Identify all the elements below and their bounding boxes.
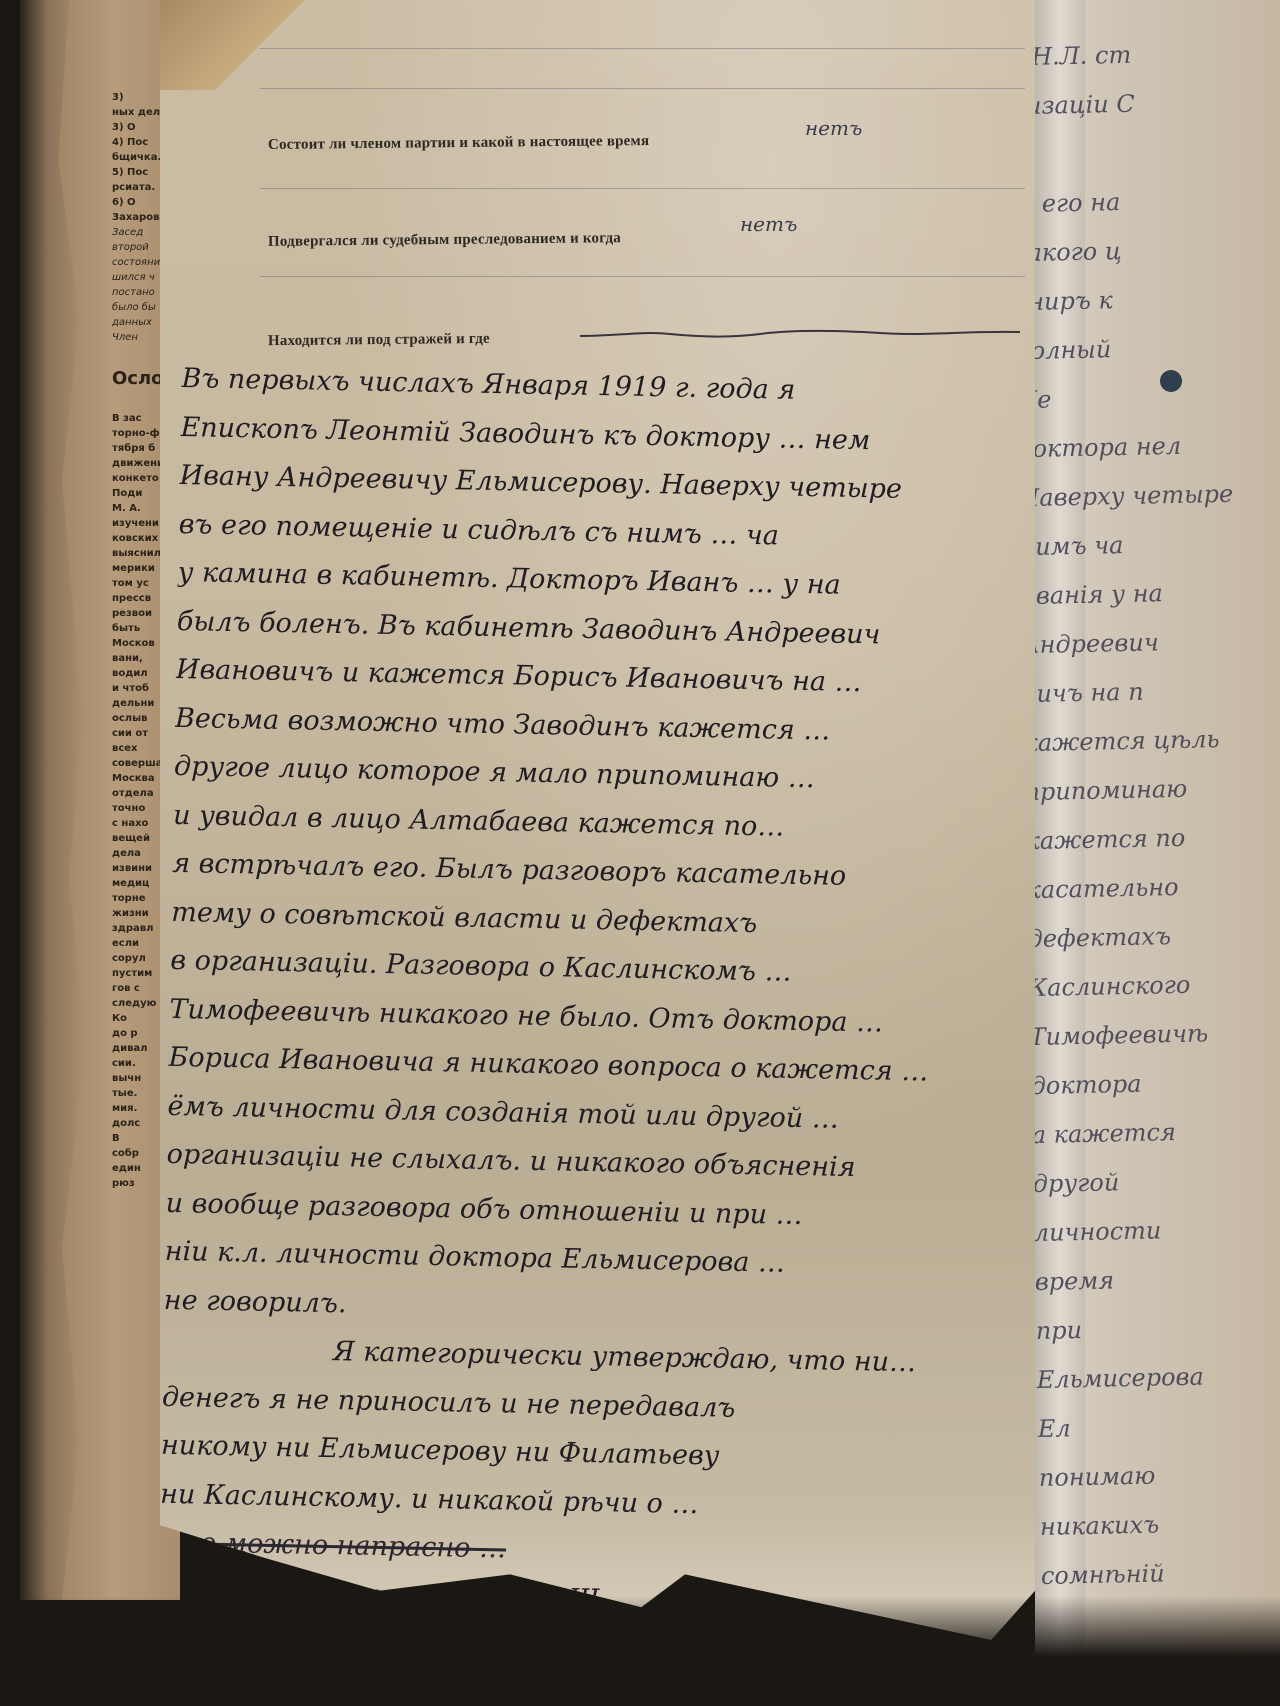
facing-line: иванія у на [1035, 566, 1280, 621]
facing-line: вниръ к [1035, 272, 1280, 327]
torn-edge [20, 0, 90, 1600]
facing-line: кажется цѣль [1035, 713, 1280, 768]
facing-line: понимаю [1038, 1448, 1280, 1503]
facing-line: Ел [1037, 1399, 1280, 1454]
form-answer-party-membership: нетъ [805, 116, 862, 140]
facing-line: доктора нел [1035, 419, 1280, 474]
newspaper-backing: 3)ных дел3) О4) Посбщичка.5) Посрсиата.6… [20, 0, 180, 1600]
interrogation-form-sheet: Состоит ли членом партии и какой в насто… [160, 0, 1035, 1640]
facing-line: низаціи С [1035, 76, 1280, 131]
facing-line: Наверху четыре [1035, 468, 1280, 523]
facing-line [1035, 125, 1280, 180]
facing-line: какого ц [1035, 223, 1280, 278]
facing-line: при [1035, 1301, 1280, 1356]
facing-line: дефектахъ [1035, 909, 1280, 964]
facing-line: к, его на [1035, 174, 1280, 229]
form-label-custody: Находится ли под стражей и где [268, 331, 490, 350]
handwritten-testimony: Въ первыхъ числахъ Января 1919 г. года я… [158, 355, 1042, 1632]
ink-blot [1160, 370, 1182, 392]
facing-line: Ельмисерова [1036, 1350, 1280, 1405]
ruled-line [260, 276, 1025, 277]
folded-corner [160, 0, 310, 90]
facing-line: Не [1035, 370, 1280, 425]
form-label-party-membership: Состоит ли членом партии и какой в насто… [268, 133, 649, 154]
facing-page: о Н.Л. стнизаціи С к, его накакого цвнир… [1035, 0, 1280, 1706]
facing-line: вичъ на п [1035, 664, 1280, 719]
ruled-line [260, 88, 1025, 89]
form-answer-prosecution: нетъ [740, 212, 797, 236]
facing-line: кажется по [1035, 811, 1280, 866]
facing-line: полный [1035, 321, 1280, 376]
custody-dash-line [580, 328, 1020, 342]
facing-line: Каслинского [1035, 958, 1280, 1013]
facing-line: о Н.Л. ст [1035, 27, 1280, 82]
ruled-line [260, 188, 1025, 189]
facing-line: время [1035, 1252, 1280, 1307]
facing-line: Андреевич [1035, 615, 1280, 670]
facing-line: другой [1035, 1154, 1280, 1209]
ruled-line [260, 48, 1025, 49]
facing-line: сомнѣній [1040, 1546, 1280, 1601]
struck-text: это можно напрасно … [159, 1527, 506, 1565]
facing-line: а кажется [1035, 1105, 1280, 1160]
facing-line: личности [1035, 1203, 1280, 1258]
facing-page-handwriting: о Н.Л. стнизаціи С к, его накакого цвнир… [1035, 27, 1280, 1601]
facing-line: никакихъ [1039, 1497, 1280, 1552]
facing-line: нимъ ча [1035, 517, 1280, 572]
facing-line: припоминаю [1035, 762, 1280, 817]
facing-line: Тимофеевичѣ [1035, 1007, 1280, 1062]
form-label-prosecution: Подвергался ли судебным преследованием и… [268, 230, 621, 251]
facing-line: доктора [1035, 1056, 1280, 1111]
facing-line: касательно [1035, 860, 1280, 915]
binding-shadow [0, 1596, 1280, 1706]
